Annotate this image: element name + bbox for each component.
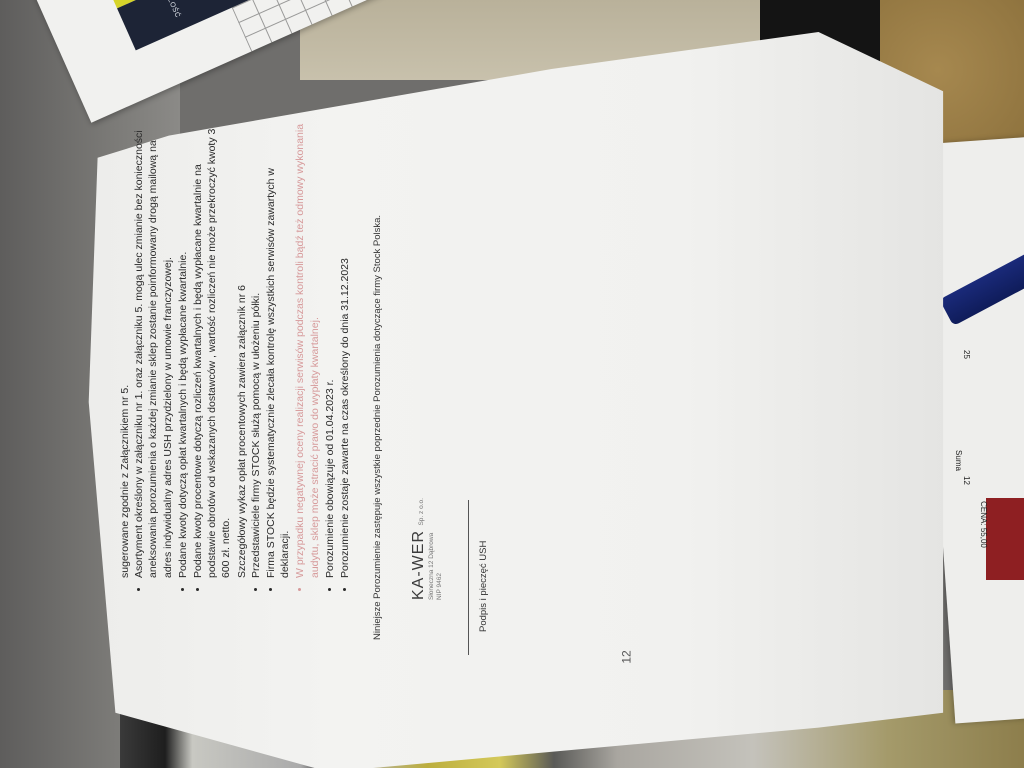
agreement-body: sugerowane zgodnie z Załącznikiem nr 5. … — [118, 122, 353, 592]
doc-bullet: Podane kwoty procentowe dotyczą rozlicze… — [191, 122, 234, 578]
closing-statement: Niniejsze Porozumienie zastępuje wszystk… — [372, 215, 383, 640]
stamp-nip: NIP 9462 — [436, 498, 444, 600]
doc-bullet: Firma STOCK będzie systematycznie zlecał… — [264, 122, 292, 578]
signature-label: Podpis i pieczęć USH — [478, 541, 489, 632]
doc-bullet: Porozumienie obowiązuje od 01.04.2023 r. — [323, 122, 337, 578]
doc-bullet-list: Przedstawiciele firmy STOCK służą pomocą… — [249, 122, 352, 592]
doc-bullet-list: Asortyment określony w załączniku nr 1. … — [132, 122, 233, 592]
stamp-name: KA-WER — [410, 530, 427, 600]
company-stamp: KA-WER Sp. z o.o. Słoneczna 12 Dąbrowa N… — [410, 498, 444, 600]
sum-value: 12 — [962, 476, 971, 485]
product-badge — [986, 498, 1024, 580]
doc-bullet-highlight: W przypadku negatywnej oceny realizacji … — [293, 122, 321, 578]
doc-bullet: Porozumienie zostaje zawarte na czas okr… — [338, 122, 352, 578]
price-label: CENA: 55,00 — [979, 501, 988, 548]
qty-value: 25 — [962, 350, 971, 359]
doc-line: sugerowane zgodnie z Załącznikiem nr 5. — [118, 122, 132, 592]
doc-bullet: Podane kwoty dotyczą opłat kwartalnych i… — [176, 122, 190, 578]
sum-label: Suma — [954, 450, 963, 471]
doc-bullet: Przedstawiciele firmy STOCK służą pomocą… — [249, 122, 263, 578]
stamp-address: Słoneczna 12 Dąbrowa — [428, 498, 436, 600]
doc-line: Szczegółowy wykaz opłat procentowych zaw… — [235, 122, 249, 592]
doc-bullet: Asortyment określony w załączniku nr 1. … — [132, 122, 175, 578]
stamp-suffix: Sp. z o.o. — [418, 498, 425, 525]
header-label-qty: ILOŚĆ — [165, 0, 181, 19]
handwritten-mark: 12 — [620, 650, 634, 663]
signature-line — [468, 500, 469, 655]
